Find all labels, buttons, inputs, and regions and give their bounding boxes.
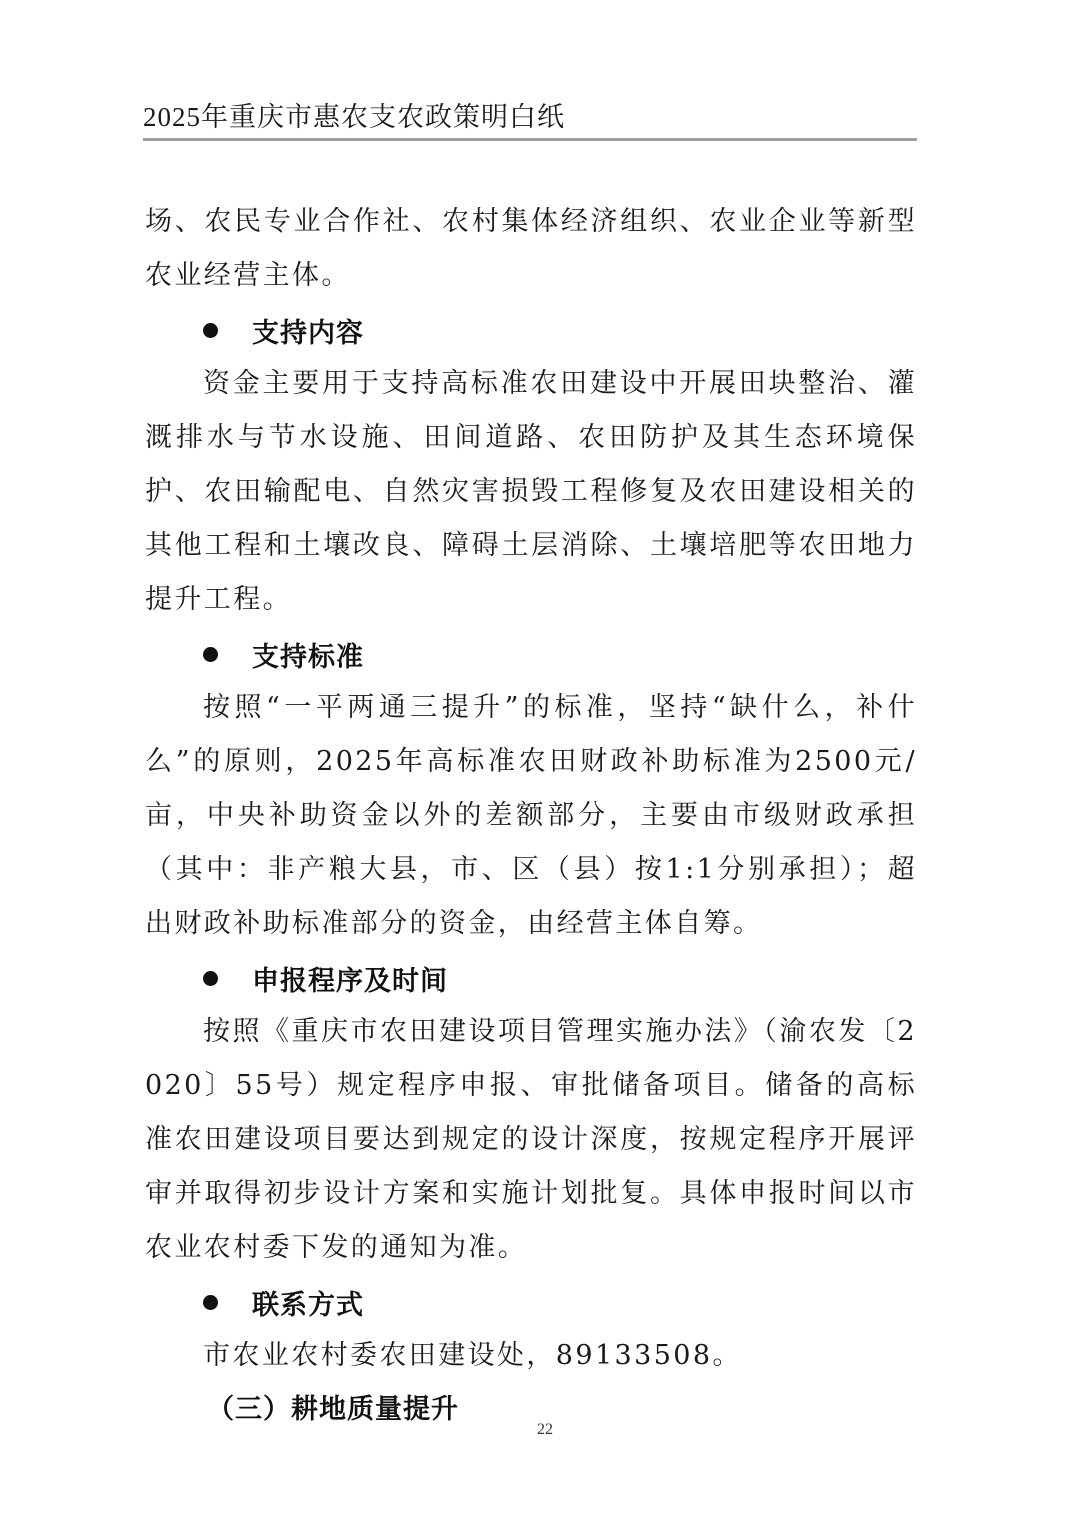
- section-paragraph-support-standard: 按照“一平两通三提升”的标准，坚持“缺什么，补什么”的原则，2025年高标准农田…: [145, 681, 917, 951]
- bullet-icon: [203, 323, 218, 338]
- section-heading-contact: 联系方式: [145, 1275, 917, 1329]
- bullet-icon: [203, 971, 218, 986]
- header-divider: [143, 138, 917, 141]
- contact-info: 市农业农村委农田建设处，89133508。: [145, 1329, 917, 1383]
- section-heading-support-content: 支持内容: [145, 303, 917, 357]
- section-heading-support-standard: 支持标准: [145, 627, 917, 681]
- section-paragraph-application-procedure: 按照《重庆市农田建设项目管理实施办法》（渝农发〔2020〕55号）规定程序申报、…: [145, 1005, 917, 1275]
- page-body: 场、农民专业合作社、农村集体经济组织、农业企业等新型农业经营主体。 支持内容 资…: [145, 195, 917, 1437]
- section-heading-text: 联系方式: [252, 1283, 364, 1322]
- intro-paragraph: 场、农民专业合作社、农村集体经济组织、农业企业等新型农业经营主体。: [145, 195, 917, 303]
- section-heading-text: 申报程序及时间: [252, 959, 448, 998]
- section-heading-text: 支持标准: [252, 635, 364, 674]
- document-page: 2025年重庆市惠农支农政策明白纸 场、农民专业合作社、农村集体经济组织、农业企…: [0, 0, 1074, 1520]
- section-heading-application-procedure: 申报程序及时间: [145, 951, 917, 1005]
- bullet-icon: [203, 1295, 218, 1310]
- running-header-title: 2025年重庆市惠农支农政策明白纸: [143, 100, 565, 134]
- bullet-icon: [203, 647, 218, 662]
- section-paragraph-support-content: 资金主要用于支持高标准农田建设中开展田块整治、灌溉排水与节水设施、田间道路、农田…: [145, 357, 917, 627]
- page-number: 22: [0, 1421, 1074, 1439]
- section-heading-text: 支持内容: [252, 311, 364, 350]
